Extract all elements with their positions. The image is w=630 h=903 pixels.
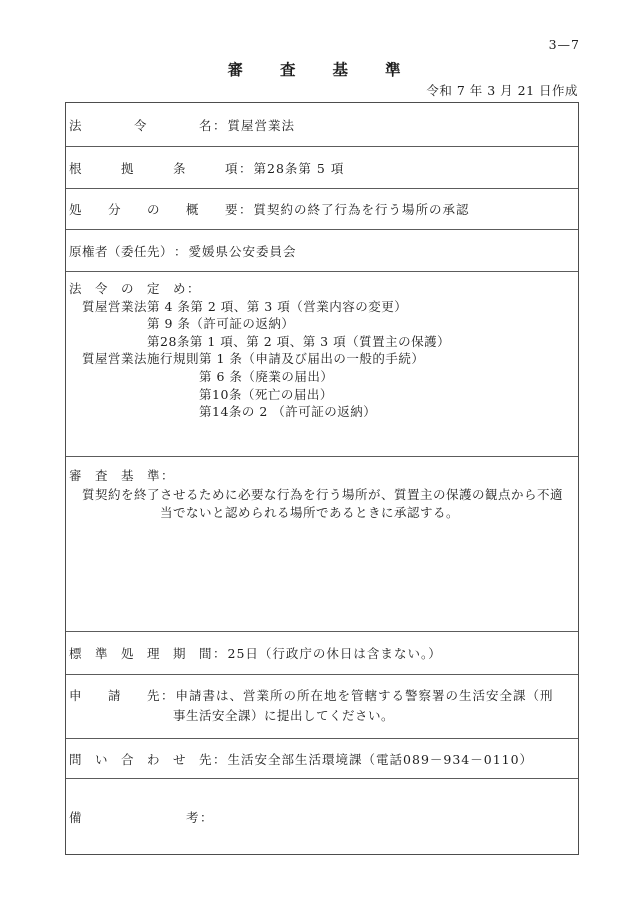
- text-line: 第 6 条（廃業の届出）: [69, 368, 573, 386]
- text-line: 質屋営業法施行規則第 1 条（申請及び届出の一般的手続）: [69, 350, 573, 368]
- document-title: 審 査 基 準: [0, 58, 630, 80]
- text-line: 質屋営業法第 4 条第 2 項、第 3 項（営業内容の変更）: [69, 298, 573, 316]
- row-value: 生活安全部生活環境課（電話089－934－0110）: [228, 750, 534, 768]
- row-application-destination: 申 請 先：申請書は、営業所の所在地を管轄する警察署の生活安全課（刑 事生活安全…: [66, 674, 578, 738]
- document-page: 3—7 審 査 基 準 令和 7 年 3 月 21 日作成 法 令 名：質屋営業…: [0, 0, 630, 903]
- label-colon: ：: [238, 159, 254, 177]
- label-colon: ：: [160, 468, 176, 483]
- row-label: 法 令 名: [69, 116, 212, 134]
- label-colon: ：: [173, 242, 189, 260]
- label-colon: ：: [212, 116, 228, 134]
- text-line: 第10条（死亡の届出）: [69, 386, 573, 404]
- row-review-criteria: 審 査 基 準： 質契約を終了させるために必要な行為を行う場所が、質置主の保護の…: [66, 456, 578, 631]
- row-remarks: 備 考：: [66, 778, 578, 854]
- row-label: 処 分 の 概 要: [69, 200, 238, 218]
- label-colon: ：: [212, 750, 228, 768]
- label-colon: ：: [160, 688, 176, 703]
- row-contact: 問 い 合 わ せ 先：生活安全部生活環境課（電話089－934－0110）: [66, 738, 578, 778]
- row-value: 申請書は、営業所の所在地を管轄する警察署の生活安全課（刑: [176, 688, 554, 703]
- row-label: 根 拠 条 項: [69, 159, 238, 177]
- label-colon: ：: [212, 644, 228, 662]
- row-disposition-summary: 処 分 の 概 要：質契約の終了行為を行う場所の承認: [66, 188, 578, 229]
- text-line: 質契約を終了させるために必要な行為を行う場所が、質置主の保護の観点から不適: [69, 486, 573, 505]
- row-label-line: 法 令 の 定 め：: [69, 280, 573, 298]
- row-label-line: 審 査 基 準：: [69, 467, 573, 486]
- review-criteria-table: 法 令 名：質屋営業法 根 拠 条 項：第28条第 5 項 処 分 の 概 要：…: [65, 102, 579, 855]
- label-colon: ：: [238, 200, 254, 218]
- row-label: 申 請 先: [69, 688, 160, 703]
- page-number: 3—7: [549, 37, 580, 52]
- row-original-authority: 原権者（委任先）：愛媛県公安委員会: [66, 229, 578, 271]
- row-label: 原権者（委任先）: [69, 242, 173, 260]
- row-value: 愛媛県公安委員会: [189, 242, 297, 260]
- text-line: 当でないと認められる場所であるときに承認する。: [69, 504, 573, 523]
- label-colon: ：: [186, 281, 202, 296]
- label-colon: ：: [199, 808, 215, 826]
- text-line: 第28条第 1 項、第 2 項、第 3 項（質置主の保護）: [69, 333, 573, 351]
- row-legal-basis: 根 拠 条 項：第28条第 5 項: [66, 146, 578, 188]
- row-value: 質契約の終了行為を行う場所の承認: [254, 200, 470, 218]
- creation-date: 令和 7 年 3 月 21 日作成: [426, 81, 578, 99]
- row-label: 問 い 合 わ せ 先: [69, 750, 212, 768]
- row-standard-processing-period: 標 準 処 理 期 間：25日（行政庁の休日は含まない。）: [66, 631, 578, 674]
- row-label-line: 申 請 先：申請書は、営業所の所在地を管轄する警察署の生活安全課（刑: [69, 686, 573, 706]
- row-label: 備 考: [69, 808, 199, 826]
- row-label: 標 準 処 理 期 間: [69, 644, 212, 662]
- text-line: 第14条の 2 （許可証の返納）: [69, 403, 573, 421]
- row-value: 質屋営業法: [228, 116, 296, 134]
- row-law-name: 法 令 名：質屋営業法: [66, 103, 578, 146]
- text-line: 事生活安全課）に提出してください。: [69, 706, 573, 726]
- text-line: 第 9 条（許可証の返納）: [69, 315, 573, 333]
- row-label: 法 令 の 定 め: [69, 281, 186, 296]
- row-value: 25日（行政庁の休日は含まない。）: [228, 644, 442, 662]
- row-value: 第28条第 5 項: [254, 159, 345, 177]
- row-label: 審 査 基 準: [69, 468, 160, 483]
- row-legal-provisions: 法 令 の 定 め： 質屋営業法第 4 条第 2 項、第 3 項（営業内容の変更…: [66, 271, 578, 456]
